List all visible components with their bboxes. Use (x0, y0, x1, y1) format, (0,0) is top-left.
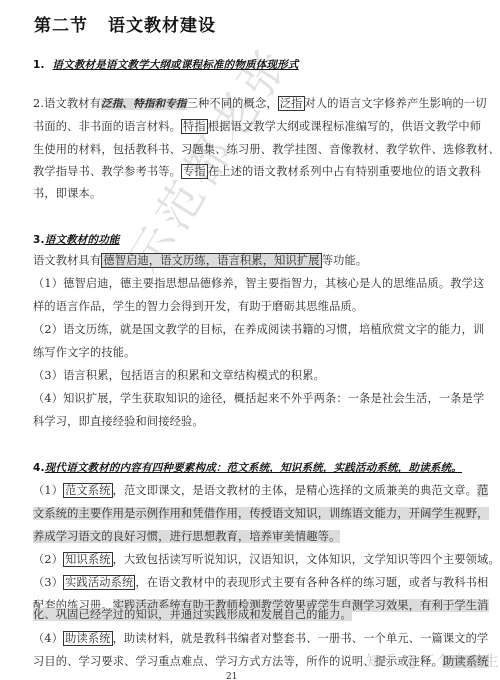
para-2-line-4: 教学指导书、教学参考书等。专指在上述的语文教材系列中占有特别重要地位的语文教科 (33, 164, 481, 180)
highlight-concepts: 泛指、特指和专指 (101, 98, 187, 110)
boxed-term-zhishi: 知识系统 (63, 552, 113, 567)
section-number: 第二节 (34, 16, 88, 36)
para-4-item-3c: 化、巩固已经学过的知识，并通过实践形成和发展自己的能力。 (33, 607, 352, 623)
para-3-intro: 语文教材具有德智启迪，语文历练，语言积累，知识扩展等功能。 (33, 253, 367, 269)
boxed-term-zhudu: 助读系统 (63, 631, 113, 646)
para-2-line-5: 书，即课本。 (33, 186, 101, 202)
heading-3: 3.语文教材的功能 (33, 232, 120, 248)
boxed-term-tezhi: 特指 (181, 119, 208, 134)
para-4-item-2: （2）知识系统，大致包括读写听说知识，汉语知识，文体知识，文学知识等四个主要领域… (33, 552, 500, 568)
para-3-item-1b: 样的语言作品，学生的智力会得到开发，有助于磨砺其思维品质。 (33, 299, 363, 315)
heading-1-text: 语文教材是语文教学大纲或课程标准的物质体现形式 (52, 59, 298, 71)
boxed-term-fanwen: 范文系统 (63, 483, 113, 498)
boxed-term-shijian: 实践活动系统 (63, 575, 135, 590)
para-4-item-4a: （4）助读系统，助读材料，就是教科书编者对整套书、一册书、一个单元、一篇课文的学 (33, 631, 488, 647)
boxed-term-fanzhi: 泛指 (278, 96, 305, 111)
boxed-functions: 德智启迪，语文历练，语言积累，知识扩展 (101, 253, 321, 268)
section-name: 语文教材建设 (108, 16, 216, 36)
para-3-item-4a: （4）知识扩展，学生获取知识的途径，概括起来不外乎两条：一条是社会生活，一条是学 (33, 391, 484, 407)
boxed-term-zhuanzhi: 专指 (181, 164, 208, 179)
para-2-line-2: 书面的、非书面的语言材料。特指根据语文教学大纲或课程标准编写的，供语文教学中师 (33, 119, 481, 135)
heading-4: 4.现代语文教材的内容有四种要素构成：范文系统，知识系统，实践活动系统，助读系统… (33, 460, 462, 476)
para-3-item-2a: （2）语文历练，就是国文教学的目标，在养成阅读书籍的习惯，培植欣赏文字的能力，训 (33, 322, 484, 338)
page-number: 21 (226, 672, 237, 680)
para-4-item-3a: （3）实践活动系统，在语文教材中的表现形式主要有各种各样的练习题，或者与教科书相 (33, 575, 488, 591)
para-3-item-2b: 练写作文字的技能。 (33, 345, 136, 361)
para-3-item-1a: （1）德智启迪，德主要指思想品德修养，智主要指智力，其核心是人的思维品质。教学这 (33, 276, 484, 292)
para-4-item-1a: （1）范文系统，范文即课文，是语文教材的主体，是精心选择的文质兼美的典范文章。范 (33, 483, 488, 499)
platform-watermark: 知乎 @三个大学生 (366, 650, 500, 671)
document-page: 示范都老张 第二节语文教材建设 1. 语文教材是语文教学大纲或课程标准的物质体现… (0, 0, 500, 680)
heading-1: 1. 语文教材是语文教学大纲或课程标准的物质体现形式 (33, 57, 299, 73)
para-4-item-1b: 文系统的主要作用是示例作用和凭借作用，传授语文知识，训练语文能力，开阔学生视野， (33, 506, 489, 522)
para-3-item-3: （3）语言积累，包括语言的积累和文章结构模式的积累。 (33, 368, 325, 384)
para-3-item-4b: 科学习，即直接经验和间接经验。 (33, 414, 204, 430)
para-4-item-1c: 养成学习语文的良好习惯，进行思想教育，培养审美情趣等。 (33, 529, 340, 545)
section-title: 第二节语文教材建设 (34, 11, 216, 36)
para-2-line-3: 生使用的材料，包括教科书、习题集、练习册、教学挂图、音像教材、教学软件、选修教材… (33, 142, 500, 158)
para-2-line-1: 2.语文教材有泛指、特指和专指三种不同的概念，泛指对人的语言文字修养产生影响的一… (33, 96, 487, 112)
